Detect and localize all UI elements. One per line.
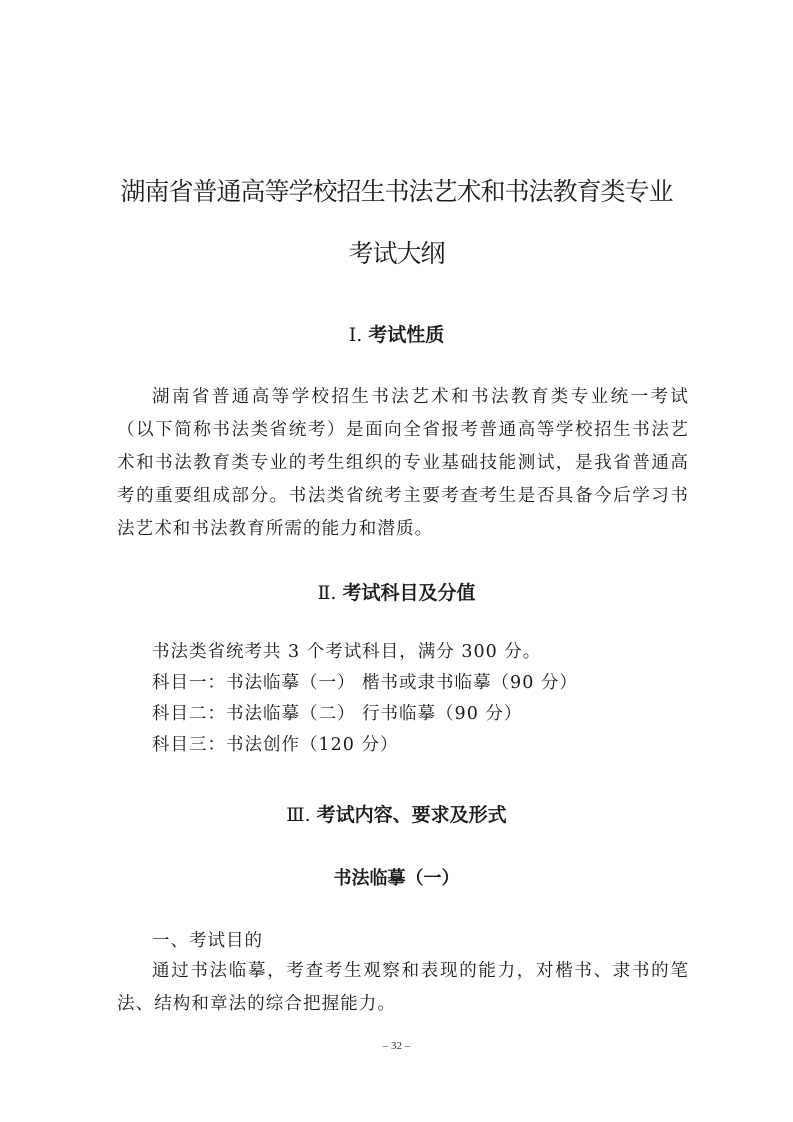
section-title: 考试性质: [368, 324, 444, 346]
subject-item-2: 科目二：书法临摹（二） 行书临摹（90 分）: [152, 699, 522, 729]
section-heading-subjects-scores: Ⅱ.考试科目及分值: [0, 578, 793, 605]
section-heading-exam-nature: Ⅰ.考试性质: [0, 320, 793, 347]
section-title: 考试科目及分值: [342, 582, 475, 604]
section-heading-content-requirements: Ⅲ.考试内容、要求及形式: [0, 800, 793, 827]
subject-item-1: 科目一：书法临摹（一） 楷书或隶书临摹（90 分）: [152, 668, 578, 698]
document-title-line2: 考试大纲: [0, 234, 793, 270]
exam-nature-paragraph: 湖南省普通高等学校招生书法艺术和书法教育类专业统一考试（以下简称书法类省统考）是…: [117, 381, 689, 546]
subject-item-3: 科目三：书法创作（120 分）: [152, 730, 398, 760]
section-title: 考试内容、要求及形式: [317, 804, 507, 826]
section-number: Ⅲ.: [286, 804, 310, 826]
purpose-heading: 一、考试目的: [152, 926, 263, 956]
document-page: 湖南省普通高等学校招生书法艺术和书法教育类专业 考试大纲 Ⅰ.考试性质 湖南省普…: [0, 0, 793, 1122]
subjects-summary: 书法类省统考共 3 个考试科目，满分 300 分。: [152, 637, 541, 667]
page-number: – 32 –: [0, 1040, 793, 1052]
document-title-line1: 湖南省普通高等学校招生书法艺术和书法教育类专业: [0, 172, 793, 208]
section-number: Ⅱ.: [318, 582, 337, 604]
subheading-calligraphy-copying-1: 书法临摹（一）: [0, 864, 793, 890]
section-number: Ⅰ.: [349, 324, 363, 346]
purpose-paragraph: 通过书法临摹，考查考生观察和表现的能力，对楷书、隶书的笔法、结构和章法的综合把握…: [117, 955, 689, 1021]
